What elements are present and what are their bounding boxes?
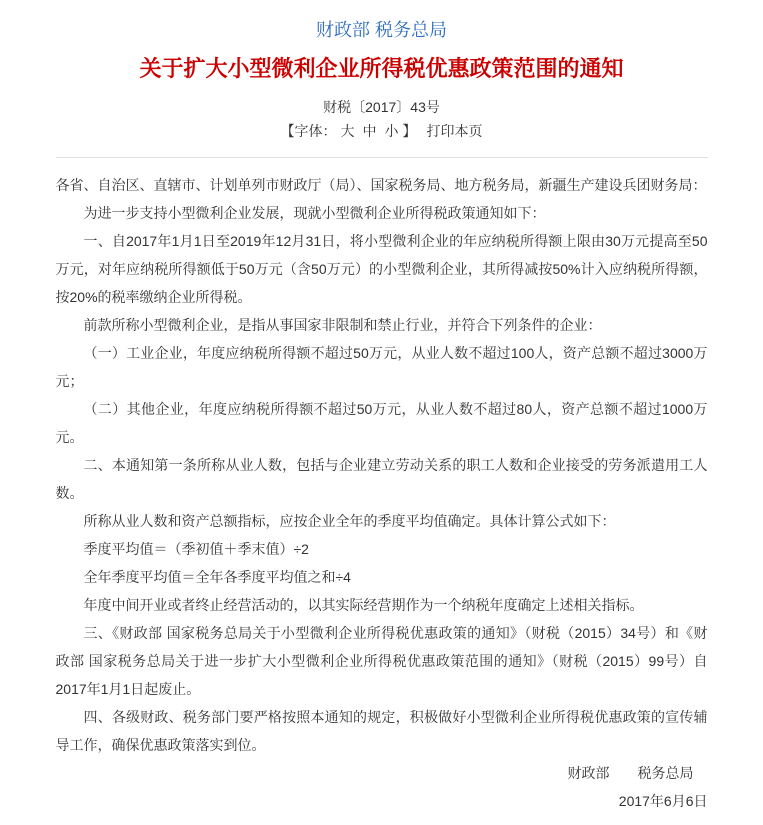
header-divider <box>56 157 708 158</box>
doc-paragraph: 所称从业人数和资产总额指标，应按企业全年的季度平均值确定。具体计算公式如下： <box>56 507 708 535</box>
document-header: 财政部 税务总局 关于扩大小型微利企业所得税优惠政策范围的通知 财税〔2017〕… <box>56 18 708 141</box>
doc-paragraph: 三、《财政部 国家税务总局关于小型微利企业所得税优惠政策的通知》（财税（2015… <box>56 619 708 703</box>
doc-paragraph: 二、本通知第一条所称从业人数，包括与企业建立劳动关系的职工人数和企业接受的劳务派… <box>56 451 708 507</box>
doc-paragraph: 前款所称小型微利企业，是指从事国家非限制和禁止行业，并符合下列条件的企业： <box>56 311 708 339</box>
document-container: 财政部 税务总局 关于扩大小型微利企业所得税优惠政策范围的通知 财税〔2017〕… <box>56 18 708 825</box>
font-print-toolbar: 【字体：大中小】打印本页 <box>56 121 708 141</box>
doc-paragraph: （一）工业企业，年度应纳税所得额不超过50万元，从业人数不超过100人，资产总额… <box>56 339 708 395</box>
document-body: 各省、自治区、直辖市、计划单列市财政厅（局）、国家税务局、地方税务局，新疆生产建… <box>56 171 708 825</box>
font-size-label-prefix: 【字体： <box>281 123 337 139</box>
document-page: 财政部 税务总局 关于扩大小型微利企业所得税优惠政策范围的通知 财税〔2017〕… <box>0 0 763 825</box>
font-size-medium-button[interactable]: 中 <box>363 123 377 139</box>
signature-date: 2017年6月6日 <box>56 787 708 815</box>
formula-annual-average: 全年季度平均值＝全年各季度平均值之和÷4 <box>56 563 708 591</box>
salutation-line: 各省、自治区、直辖市、计划单列市财政厅（局）、国家税务局、地方税务局，新疆生产建… <box>56 171 708 199</box>
page-title: 关于扩大小型微利企业所得税优惠政策范围的通知 <box>56 54 708 84</box>
font-size-small-button[interactable]: 小 <box>385 123 399 139</box>
doc-paragraph: 四、各级财政、税务部门要严格按照本通知的规定，积极做好小型微利企业所得税优惠政策… <box>56 703 708 759</box>
signature-agencies: 财政部 税务总局 <box>56 759 708 787</box>
print-page-link[interactable]: 打印本页 <box>427 123 483 139</box>
agency-header: 财政部 税务总局 <box>56 18 708 42</box>
font-size-large-button[interactable]: 大 <box>341 123 355 139</box>
doc-paragraph: （二）其他企业，年度应纳税所得额不超过50万元，从业人数不超过80人，资产总额不… <box>56 395 708 451</box>
doc-paragraph: 为进一步支持小型微利企业发展，现就小型微利企业所得税政策通知如下： <box>56 199 708 227</box>
formula-quarterly-average: 季度平均值＝（季初值＋季末值）÷2 <box>56 535 708 563</box>
doc-paragraph: 年度中间开业或者终止经营活动的，以其实际经营期作为一个纳税年度确定上述相关指标。 <box>56 591 708 619</box>
font-size-label-suffix: 】 <box>403 123 417 139</box>
doc-number: 财税〔2017〕43号 <box>56 97 708 117</box>
doc-paragraph: 一、自2017年1月1日至2019年12月31日，将小型微利企业的年应纳税所得额… <box>56 227 708 311</box>
